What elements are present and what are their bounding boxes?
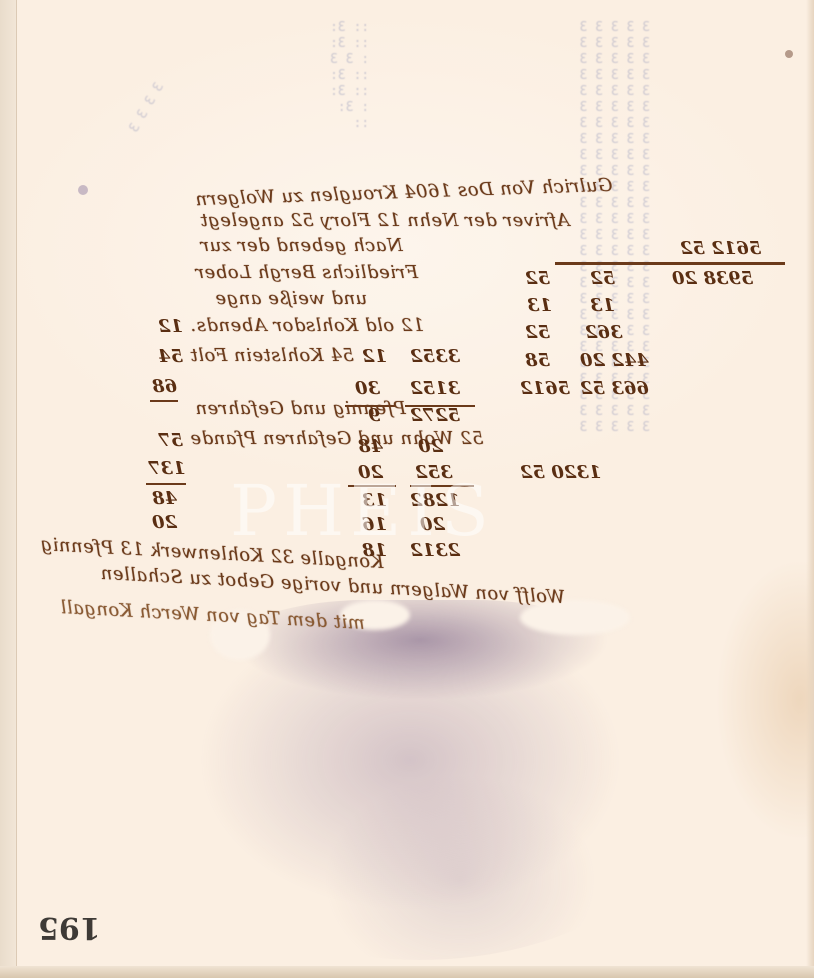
ledger-value: 58 bbox=[525, 350, 550, 371]
ledger-value: 52 bbox=[590, 268, 615, 289]
page-bottom-edge bbox=[0, 966, 814, 978]
page-left-edge bbox=[0, 0, 17, 978]
watermark: PHEIS bbox=[230, 470, 495, 552]
handwriting-line: Afriver der Nehn 12 Flory 52 angelegt bbox=[200, 210, 570, 231]
page-number: 195 bbox=[38, 910, 101, 945]
ledger-value: 12 bbox=[362, 346, 387, 367]
margin-rule bbox=[150, 400, 178, 402]
ledger-value: 52 bbox=[525, 268, 550, 289]
ledger-total: 1320 52 bbox=[520, 462, 601, 483]
ledger-value: 663 52 bbox=[580, 378, 649, 399]
margin-number: 57 bbox=[158, 430, 183, 451]
ledger-value: 362 bbox=[585, 322, 623, 343]
handwriting-line: und weiße ange bbox=[215, 288, 367, 309]
water-stain bbox=[140, 600, 700, 960]
bleed-through-margin: 3 3 3 3 bbox=[127, 80, 168, 135]
ledger-summary-top: 5612 52 bbox=[680, 238, 761, 259]
handwriting-line: Nach gebend der zur bbox=[200, 235, 403, 256]
bleed-through-column-1: :: 3: :: 3: : 3 3 :: 3: :: 3: : 3: :: bbox=[330, 20, 369, 132]
margin-number: 137 bbox=[148, 458, 186, 479]
ledger-value: 442 20 bbox=[580, 350, 649, 371]
margin-rule bbox=[146, 483, 186, 485]
ledger-value: 5272 bbox=[410, 405, 460, 426]
ledger-value: 5612 bbox=[520, 378, 570, 399]
ink-speck bbox=[785, 50, 793, 58]
ledger-value: 13 bbox=[590, 295, 615, 316]
ledger-value: 9 bbox=[368, 405, 381, 426]
margin-number: 20 bbox=[152, 512, 177, 533]
ledger-value: 30 bbox=[355, 378, 380, 399]
ledger-summary-bottom: 5938 20 bbox=[672, 268, 753, 289]
ink-speck bbox=[78, 185, 88, 195]
ledger-summary-rule bbox=[555, 262, 785, 265]
ledger-value: 13 bbox=[527, 295, 552, 316]
ledger-value: 20 bbox=[418, 436, 443, 457]
manuscript-page: :: 3: :: 3: : 3 3 :: 3: :: 3: : 3: :: 3 … bbox=[0, 0, 814, 978]
margin-number: 12 bbox=[158, 316, 183, 337]
ledger-value: 52 bbox=[525, 322, 550, 343]
margin-number: 68 bbox=[152, 376, 177, 397]
ledger-value: 3152 bbox=[410, 378, 460, 399]
margin-number: 54 bbox=[158, 346, 183, 367]
page-right-edge bbox=[806, 0, 814, 978]
handwriting-line: 54 Kohlstein Folt bbox=[190, 345, 354, 366]
ledger-value: 3352 bbox=[410, 346, 460, 367]
ledger-value: 48 bbox=[358, 436, 383, 457]
handwriting-line: Friedlichs Bergh Lober bbox=[195, 262, 418, 283]
handwriting-line: 12 old Kohlsdor Abends. bbox=[190, 315, 424, 336]
margin-number: 48 bbox=[152, 488, 177, 509]
